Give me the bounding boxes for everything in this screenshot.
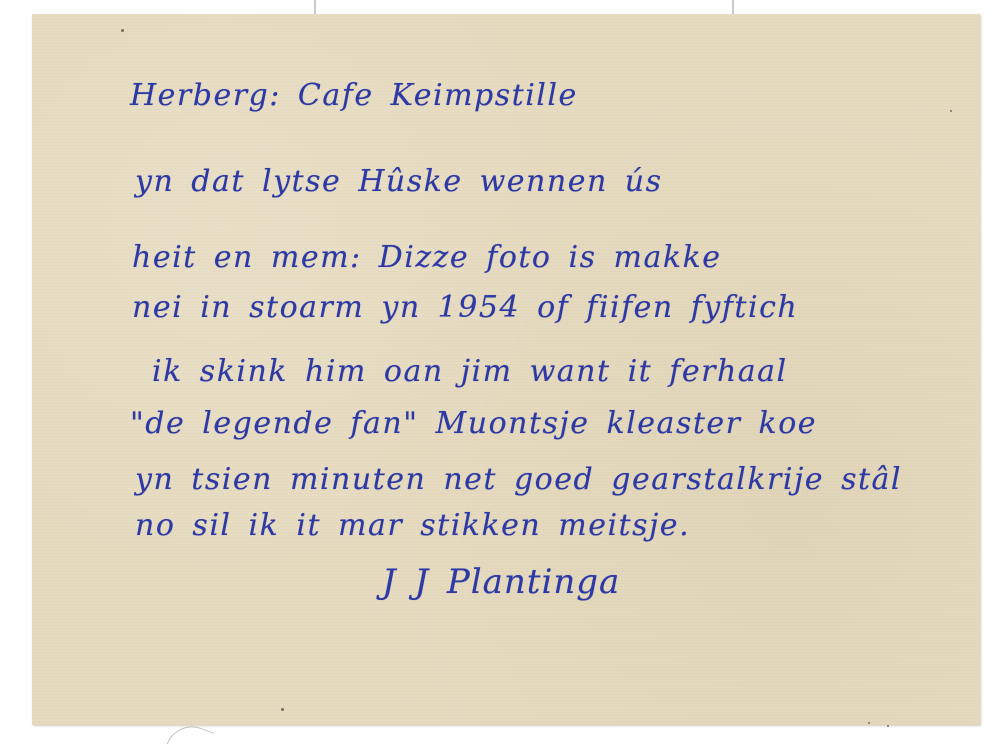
note-line-1: Herberg: Cafe Keimpstille	[130, 78, 578, 113]
hanger-line-left	[314, 0, 316, 15]
note-line-4: nei in stoarm yn 1954 of fiifen fyftich	[132, 290, 798, 325]
note-line-6: "de legende fan" Muontsje kleaster koe	[130, 406, 817, 441]
note-line-3: heit en mem: Dizze foto is makke	[132, 240, 722, 275]
paper-speck	[281, 708, 284, 711]
note-line-2: yn dat lytse Hûske wennen ús	[135, 164, 663, 199]
hanger-line-right	[732, 0, 734, 15]
paper-speck	[950, 110, 952, 112]
signature: J J Plantinga	[382, 562, 620, 602]
paper-speck	[121, 29, 124, 32]
note-line-7: yn tsien minuten net goed gearstalkrije …	[135, 462, 902, 497]
paper-speck	[868, 722, 870, 724]
paper-speck	[887, 725, 889, 727]
paper-note: Herberg: Cafe Keimpstille yn dat lytse H…	[32, 14, 980, 725]
note-line-8: no sil ik it mar stikken meitsje.	[135, 508, 690, 543]
note-line-5: ik skink him oan jim want it ferhaal	[152, 354, 788, 389]
